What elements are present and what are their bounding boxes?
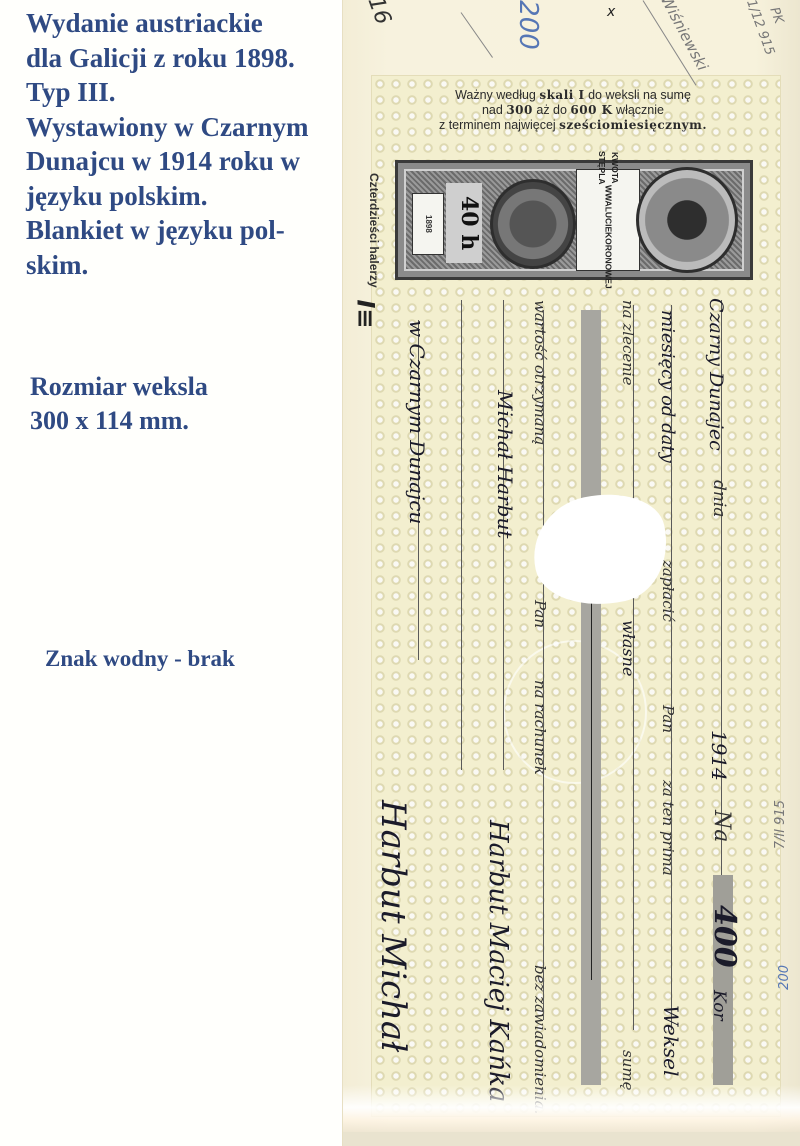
- caption-panel: Wydanie austriackie dla Galicji z roku 1…: [0, 0, 340, 1146]
- printed-mr-label: Pan: [659, 705, 677, 733]
- handwritten-amount: 400: [707, 905, 742, 968]
- handwritten-place: Czarny Dunajec: [705, 298, 727, 451]
- blue-pencil-note-right: 200: [777, 965, 792, 990]
- printed-value-label: wartość otrzymaną: [531, 300, 549, 445]
- caption-line: dla Galicji z roku 1898.: [26, 41, 336, 76]
- stamp-year: 1898: [412, 193, 444, 255]
- caption-line: Typ III.: [26, 75, 336, 110]
- caption-size: Rozmiar weksla 300 x 114 mm.: [30, 370, 208, 438]
- stamp-inscription-line: KORONOWEJ: [602, 232, 615, 289]
- blue-pencil-note: 200: [513, 0, 543, 50]
- printed-order-label: na zlecenie: [619, 300, 637, 386]
- handwritten-currency: Kor: [709, 990, 729, 1021]
- printed-day-label: dnia: [709, 480, 729, 517]
- caption-line: Wystawiony w Czarnym: [26, 110, 336, 145]
- caption-watermark: Znak wodny - brak: [45, 646, 235, 672]
- pencil-note-x: x: [607, 4, 615, 20]
- caption-size-line: Rozmiar weksla: [30, 370, 208, 404]
- printed-amount-prefix: Na: [709, 810, 734, 842]
- scan-glare: [343, 1085, 800, 1135]
- caption-line: Dunajcu w 1914 roku w: [26, 144, 336, 179]
- validity-notice: Ważny według skali I do weksli na sumę n…: [373, 88, 773, 133]
- acceptor-signature: Harbut Michał: [373, 800, 413, 1052]
- validity-line-1: Ważny według skali I do weksli na sumę: [373, 88, 773, 103]
- caption-line: Blankiet w języku pol-: [26, 213, 336, 248]
- double-eagle-coat-of-arms-icon: [636, 167, 738, 273]
- caption-size-line: 300 x 114 mm.: [30, 404, 208, 438]
- stamp-inscription-line: WALUCIE: [602, 193, 615, 232]
- stamp-inscription-line: KWOTA STĘPLA: [595, 151, 621, 185]
- drawer-signature: Harbut Maciej Kańka: [483, 820, 513, 1102]
- printed-account-label: na rachunek: [531, 680, 549, 775]
- validity-line-3: z terminem najwięcej sześciomiesięcznym.: [373, 118, 773, 133]
- handwritten-drawee-name: Michał Harbut: [493, 390, 517, 538]
- caption-line: skim.: [26, 248, 336, 283]
- stamp-denomination: 40 h: [446, 183, 482, 263]
- revenue-stamp: 1898 40 h KWOTA STĘPLA W WALUCIE KORONOW…: [395, 160, 753, 280]
- form-line: [461, 300, 462, 770]
- stamp-inscription: KWOTA STĘPLA W WALUCIE KORONOWEJ: [576, 169, 640, 271]
- bill-of-exchange: 16 200 x Wiśniewski 1/12 915 PK Ważny we…: [342, 0, 800, 1146]
- printed-mr-label-2: Pan: [531, 600, 549, 628]
- handwritten-year: 1914: [707, 730, 731, 781]
- stamp-value-words: Czterdzieści halerzy: [351, 165, 381, 295]
- stamp-inscription-line: W: [602, 185, 615, 193]
- handwritten-bill-word: Weksel: [659, 1005, 683, 1076]
- sum-handwritten-line: [591, 600, 592, 980]
- margin-mark: I≡: [352, 299, 380, 328]
- handwritten-term: miesięcy od daty: [657, 310, 678, 463]
- caption-line: Wydanie austriackie: [26, 6, 336, 41]
- stamp-medallion-icon: [490, 179, 576, 269]
- handwritten-location: w Czarnym Dunajcu: [405, 320, 429, 524]
- validity-line-2: nad 300 aż do 600 K włącznie: [373, 103, 773, 118]
- caption-description: Wydanie austriackie dla Galicji z roku 1…: [26, 6, 336, 282]
- paper-edge: [343, 1132, 800, 1146]
- pencil-note-right-date: 7/II 915: [773, 800, 788, 849]
- printed-prima-label: za ten prima: [659, 780, 677, 876]
- caption-line: języku polskim.: [26, 179, 336, 214]
- handwritten-own: własne: [619, 620, 638, 676]
- printed-pay-label: zapłacić: [659, 560, 677, 622]
